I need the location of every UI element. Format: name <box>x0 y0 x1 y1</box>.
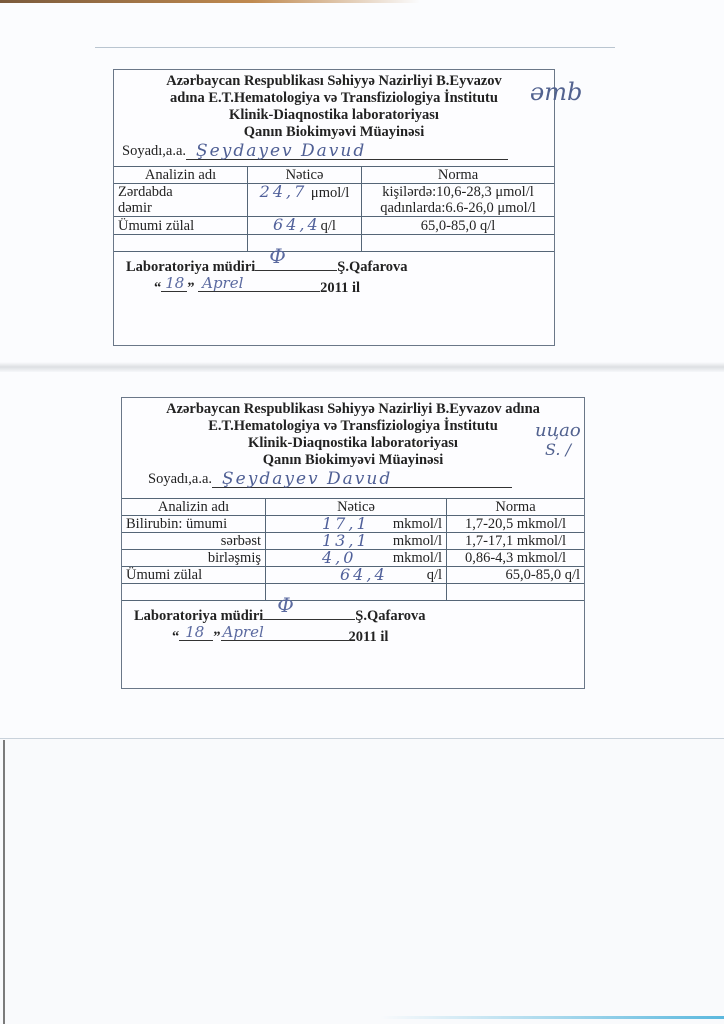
table-row: Ümumi zülal 64,4 q/l 65,0-85,0 q/l <box>122 567 584 584</box>
header-ministry: Azərbaycan Respublikası Səhiyyə Nazirliy… <box>114 73 554 90</box>
header-institute: E.T.Hematologiya və Transfiziologiya İns… <box>122 418 584 435</box>
analysis-name: birləşmiş <box>122 550 266 567</box>
patient-label: Soyadı,a.a. <box>122 143 186 159</box>
form-header: Azərbaycan Respublikası Səhiyyə Nazirliy… <box>114 73 554 141</box>
col-analysis-name: Analizin adı <box>114 167 248 184</box>
date-line: “18” Aprel2011 il <box>126 277 554 297</box>
analysis-name: Ümumi zülal <box>114 217 248 235</box>
table-row-empty <box>122 584 584 601</box>
norm-range: 0,86-4,3 mkmol/l <box>447 550 585 567</box>
result-handwritten: 24,7 <box>260 182 308 201</box>
col-analysis-name: Analizin adı <box>122 499 266 516</box>
table-header-row: Analizin adı Nəticə Norma <box>122 499 584 516</box>
result-handwritten: 13,1 <box>322 533 370 549</box>
header-institute: adına E.T.Hematologiya və Transfiziologi… <box>114 90 554 107</box>
col-norm: Norma <box>362 167 555 184</box>
date-line: “18”Aprel2011 il <box>134 626 584 646</box>
form-footer: Laboratoriya müdiri Ф Ş.Qafarova “18”Apr… <box>122 601 584 646</box>
result-handwritten: 64,4 <box>340 567 388 583</box>
sheet-fold-divider <box>0 362 724 372</box>
result-value: 24,7 μmol/l <box>248 184 362 217</box>
col-norm: Norma <box>447 499 585 516</box>
result-unit: mkmol/l <box>393 550 442 566</box>
header-laboratory: Klinik-Diaqnostika laboratoriyası <box>122 435 584 452</box>
norm-range: 1,7-20,5 mkmol/l <box>447 516 585 533</box>
table-header-row: Analizin adı Nəticə Norma <box>114 167 554 184</box>
result-unit: mkmol/l <box>393 516 442 532</box>
analysis-name: sərbəst <box>122 533 266 550</box>
col-result: Nəticə <box>266 499 447 516</box>
analysis-name: Zərdabda dəmir <box>114 184 248 217</box>
sheet-edge <box>3 740 5 1024</box>
results-table: Analizin adı Nəticə Norma Zərdabda dəmir… <box>114 166 554 252</box>
lab-head-label: Laboratoriya müdiri <box>134 608 263 624</box>
lab-form-iron-protein: Azərbaycan Respublikası Səhiyyə Nazirliy… <box>113 69 555 346</box>
patient-name-handwritten: Şeydayev Davud <box>222 469 392 489</box>
patient-name-handwritten: Şeydayev Davud <box>196 141 366 161</box>
col-result: Nəticə <box>248 167 362 184</box>
date-month: Aprel <box>202 274 243 292</box>
margin-note-handwritten: ицао <box>535 420 581 441</box>
result-value: 13,1 mkmol/l <box>266 533 447 550</box>
scan-edge <box>380 1016 724 1019</box>
header-laboratory: Klinik-Diaqnostika laboratoriyası <box>114 107 554 124</box>
lab-form-bilirubin-protein: Azərbaycan Respublikası Səhiyyə Nazirliy… <box>121 397 585 689</box>
patient-name-field: Soyadı,a.a. Şeydayev Davud <box>122 471 584 488</box>
results-table: Analizin adı Nəticə Norma Bilirubin: ümu… <box>122 498 584 601</box>
norm-range: 1,7-17,1 mkmol/l <box>447 533 585 550</box>
analysis-name: Bilirubin: ümumi <box>122 516 266 533</box>
faint-cut-line <box>95 47 615 48</box>
blank-sheet-area <box>0 738 724 1024</box>
header-test-title: Qanın Biokimyəvi Müayinəsi <box>122 452 584 469</box>
scan-edge <box>0 0 420 3</box>
header-test-title: Qanın Biokimyəvi Müayinəsi <box>114 124 554 141</box>
margin-note-handwritten: S. / <box>545 440 571 459</box>
table-row: sərbəst 13,1 mkmol/l 1,7-17,1 mkmol/l <box>122 533 584 550</box>
table-row: Ümumi zülal 64,4q/l 65,0-85,0 q/l <box>114 217 554 235</box>
result-value: 64,4q/l <box>248 217 362 235</box>
result-unit: μmol/l <box>311 185 349 201</box>
result-handwritten: 17,1 <box>322 516 370 532</box>
lab-head-name: Ş.Qafarova <box>337 259 407 275</box>
date-month: Aprel <box>223 623 264 641</box>
norm-range: 65,0-85,0 q/l <box>362 217 555 235</box>
date-day: 18 <box>165 274 184 292</box>
header-ministry: Azərbaycan Respublikası Səhiyyə Nazirliy… <box>122 401 584 418</box>
table-row-empty <box>114 235 554 252</box>
result-unit: mkmol/l <box>393 533 442 549</box>
result-unit: q/l <box>427 567 442 583</box>
date-day: 18 <box>185 623 204 641</box>
result-value: 4,0 mkmol/l <box>266 550 447 567</box>
signature: Ф <box>277 593 294 617</box>
result-value: 64,4 q/l <box>266 567 447 584</box>
analysis-name: Ümumi zülal <box>122 567 266 584</box>
lab-head-label: Laboratoriya müdiri <box>126 259 255 275</box>
margin-note-handwritten: əmb <box>530 78 582 106</box>
date-year: 2011 il <box>349 629 389 645</box>
norm-range: 65,0-85,0 q/l <box>447 567 585 584</box>
lab-head-name: Ş.Qafarova <box>355 608 425 624</box>
result-handwritten: 64,4 <box>273 215 321 234</box>
table-row: birləşmiş 4,0 mkmol/l 0,86-4,3 mkmol/l <box>122 550 584 567</box>
result-value: 17,1 mkmol/l <box>266 516 447 533</box>
form-header: Azərbaycan Respublikası Səhiyyə Nazirliy… <box>122 401 584 469</box>
result-unit: q/l <box>321 218 336 234</box>
norm-range: kişilərdə:10,6-28,3 μmol/l qadınlarda:6.… <box>362 184 555 217</box>
patient-label: Soyadı,a.a. <box>148 471 212 487</box>
result-handwritten: 4,0 <box>322 550 356 566</box>
table-row: Zərdabda dəmir 24,7 μmol/l kişilərdə:10,… <box>114 184 554 217</box>
patient-name-field: Soyadı,a.a. Şeydayev Davud <box>114 143 554 160</box>
table-row: Bilirubin: ümumi 17,1 mkmol/l 1,7-20,5 m… <box>122 516 584 533</box>
date-year: 2011 il <box>320 280 360 296</box>
form-footer: Laboratoriya müdiri Ф Ş.Qafarova “18” Ap… <box>114 252 554 297</box>
signature: Ф <box>269 244 286 268</box>
